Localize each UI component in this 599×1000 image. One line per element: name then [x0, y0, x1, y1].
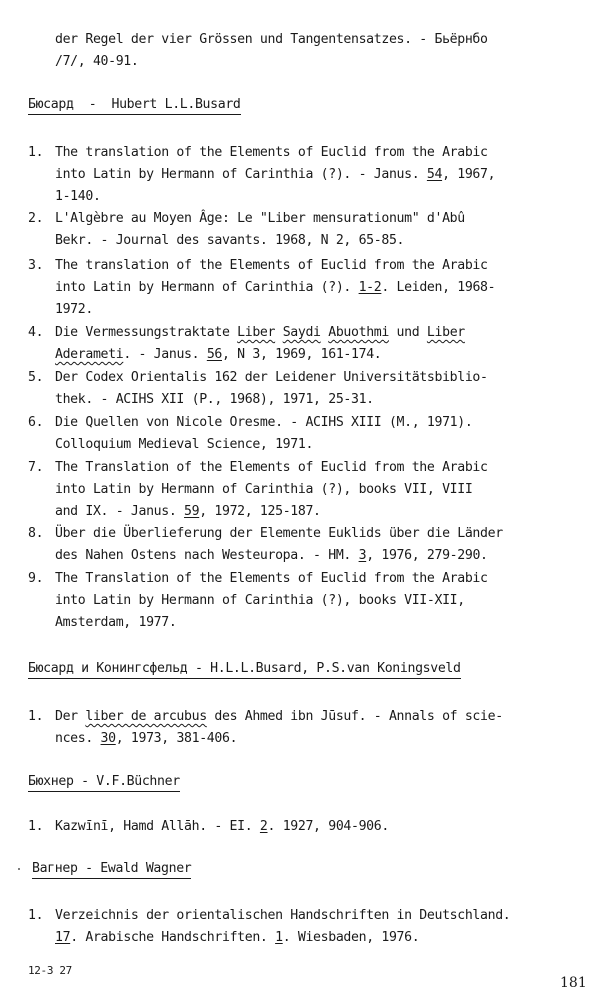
volume-number: 30	[101, 731, 116, 746]
entry-line: 17. Arabische Handschriften. 1. Wiesbade…	[55, 930, 419, 946]
title-emphasis: Abuothmi	[328, 325, 389, 340]
entry-number: 7.	[28, 460, 43, 476]
entry-number: 9.	[28, 571, 43, 587]
entry-line: Bekr. - Journal des savants. 1968, N 2, …	[55, 233, 404, 249]
volume-number: 1	[275, 930, 283, 945]
continuation-line-1: der Regel der vier Grössen und Tangenten…	[55, 32, 488, 48]
entry-line: Die Vermessungstraktate Liber Saydi Abuo…	[55, 325, 465, 341]
entry-line: Kazwīnī, Hamd Allāh. - EI. 2. 1927, 904-…	[55, 819, 389, 835]
page-number: 181	[560, 975, 587, 991]
entry-line: Amsterdam, 1977.	[55, 615, 176, 631]
volume-number: 17	[55, 930, 70, 945]
entry-number: 2.	[28, 211, 43, 227]
entry-line: into Latin by Hermann of Carinthia (?). …	[55, 167, 495, 183]
continuation-line-2: /7/, 40-91.	[55, 54, 139, 70]
section-heading-busard: Бюсард - Hubert L.L.Busard	[28, 97, 241, 115]
volume-number: 59	[184, 504, 199, 519]
entry-line: into Latin by Hermann of Carinthia (?), …	[55, 593, 465, 609]
entry-line: Der Codex Orientalis 162 der Leidener Un…	[55, 370, 488, 386]
entry-line: L'Algèbre au Moyen Âge: Le "Liber mensur…	[55, 211, 465, 227]
scan-speck	[18, 868, 20, 870]
entry-line: des Nahen Ostens nach Westeuropa. - HM. …	[55, 548, 488, 564]
volume-number: 56	[207, 347, 222, 362]
entry-line: and IX. - Janus. 59, 1972, 125-187.	[55, 504, 321, 520]
title-emphasis: Liber	[427, 325, 465, 340]
entry-line: Aderameti. - Janus. 56, N 3, 1969, 161-1…	[55, 347, 381, 363]
entry-number: 1.	[28, 819, 43, 835]
volume-number: 3	[359, 548, 367, 563]
entry-number: 8.	[28, 526, 43, 542]
entry-line: nces. 30, 1973, 381-406.	[55, 731, 237, 747]
document-page: der Regel der vier Grössen und Tangenten…	[0, 0, 599, 1000]
section-heading-wagner: Вагнер - Ewald Wagner	[32, 861, 191, 879]
entry-line: The Translation of the Elements of Eucli…	[55, 571, 488, 587]
entry-line: 1-140.	[55, 189, 101, 205]
entry-line: Colloquium Medieval Science, 1971.	[55, 437, 313, 453]
entry-line: Verzeichnis der orientalischen Handschri…	[55, 908, 510, 924]
title-emphasis: Saydi	[283, 325, 321, 340]
entry-number: 3.	[28, 258, 43, 274]
entry-number: 6.	[28, 415, 43, 431]
entry-line: The translation of the Elements of Eucli…	[55, 145, 488, 161]
entry-line: The Translation of the Elements of Eucli…	[55, 460, 488, 476]
entry-number: 1.	[28, 908, 43, 924]
entry-line: into Latin by Hermann of Carinthia (?). …	[55, 280, 495, 296]
entry-line: Die Quellen von Nicole Oresme. - ACIHS X…	[55, 415, 472, 431]
title-emphasis: Liber	[237, 325, 275, 340]
volume-number: 54	[427, 167, 442, 182]
entry-line: The translation of the Elements of Eucli…	[55, 258, 488, 274]
entry-line: into Latin by Hermann of Carinthia (?), …	[55, 482, 472, 498]
entry-line: 1972.	[55, 302, 93, 318]
title-emphasis: Aderameti	[55, 347, 123, 362]
section-heading-buchner: Бюхнер - V.F.Büchner	[28, 774, 180, 792]
volume-number: 2	[260, 819, 268, 834]
entry-number: 1.	[28, 145, 43, 161]
entry-line: Über die Überlieferung der Elemente Eukl…	[55, 526, 503, 542]
signature-mark: 12-3 27	[28, 964, 72, 978]
entry-number: 5.	[28, 370, 43, 386]
section-heading-busard-koningsveld: Бюсард и Конингсфельд - H.L.L.Busard, P.…	[28, 661, 461, 679]
volume-number: 1-2	[359, 280, 382, 295]
entry-number: 1.	[28, 709, 43, 725]
entry-line: thek. - ACIHS XII (P., 1968), 1971, 25-3…	[55, 392, 374, 408]
entry-number: 4.	[28, 325, 43, 341]
entry-line: Der liber de arcubus des Ahmed ibn Jūsuf…	[55, 709, 503, 725]
title-emphasis: liber de arcubus	[85, 709, 206, 724]
